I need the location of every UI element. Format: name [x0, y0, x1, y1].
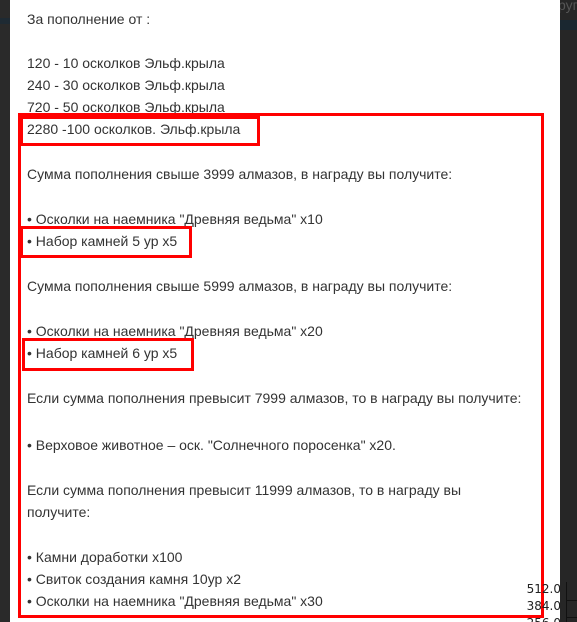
- tier-line: 240 - 30 осколков Эльф.крыла: [27, 74, 547, 96]
- tier-line: 120 - 10 осколков Эльф.крыла: [27, 52, 547, 74]
- section-heading: Сумма пополнения свыше 3999 алмазов, в н…: [27, 163, 547, 185]
- background-left: [0, 0, 10, 622]
- section-heading-cont: получите:: [27, 501, 547, 523]
- axis-value: 384.0: [527, 599, 561, 613]
- reward-item: • Осколки на наемника "Древняя ведьма" x…: [27, 208, 547, 230]
- background-axis: 512.0 384.0 256.0: [527, 582, 577, 622]
- background-title-fragment: руп: [558, 0, 577, 13]
- reward-item: • Свиток создания камня 10ур x2: [27, 568, 547, 590]
- announcement-content: За пополнение от : 120 - 10 осколков Эль…: [27, 0, 547, 612]
- section-heading: Если сумма пополнения превысит 11999 алм…: [27, 479, 547, 501]
- axis-value: 256.0: [527, 616, 561, 622]
- tier-line: 720 - 50 осколков Эльф.крыла: [27, 96, 547, 118]
- section-heading: Если сумма пополнения превысит 7999 алма…: [27, 387, 547, 409]
- reward-item: • Камни доработки x100: [27, 546, 547, 568]
- reward-item: • Верховое животное – оск. "Солнечного п…: [27, 434, 547, 456]
- section-heading: Сумма пополнения свыше 5999 алмазов, в н…: [27, 275, 547, 297]
- reward-item: • Набор камней 6 ур x5: [27, 342, 547, 364]
- background-strip: [0, 18, 10, 24]
- background-right: руп: [560, 0, 577, 622]
- background-bar: [560, 20, 577, 30]
- announcement-panel: За пополнение от : 120 - 10 осколков Эль…: [10, 0, 560, 622]
- reward-item: • Набор камней 5 ур x5: [27, 230, 547, 252]
- tier-line: 2280 -100 осколков. Эльф.крыла: [27, 118, 547, 140]
- reward-item: • Осколки на наемника "Древняя ведьма" x…: [27, 320, 547, 342]
- axis-value: 512.0: [527, 582, 561, 596]
- reward-item: • Осколки на наемника "Древняя ведьма" x…: [27, 590, 547, 612]
- intro-text: За пополнение от :: [27, 8, 547, 30]
